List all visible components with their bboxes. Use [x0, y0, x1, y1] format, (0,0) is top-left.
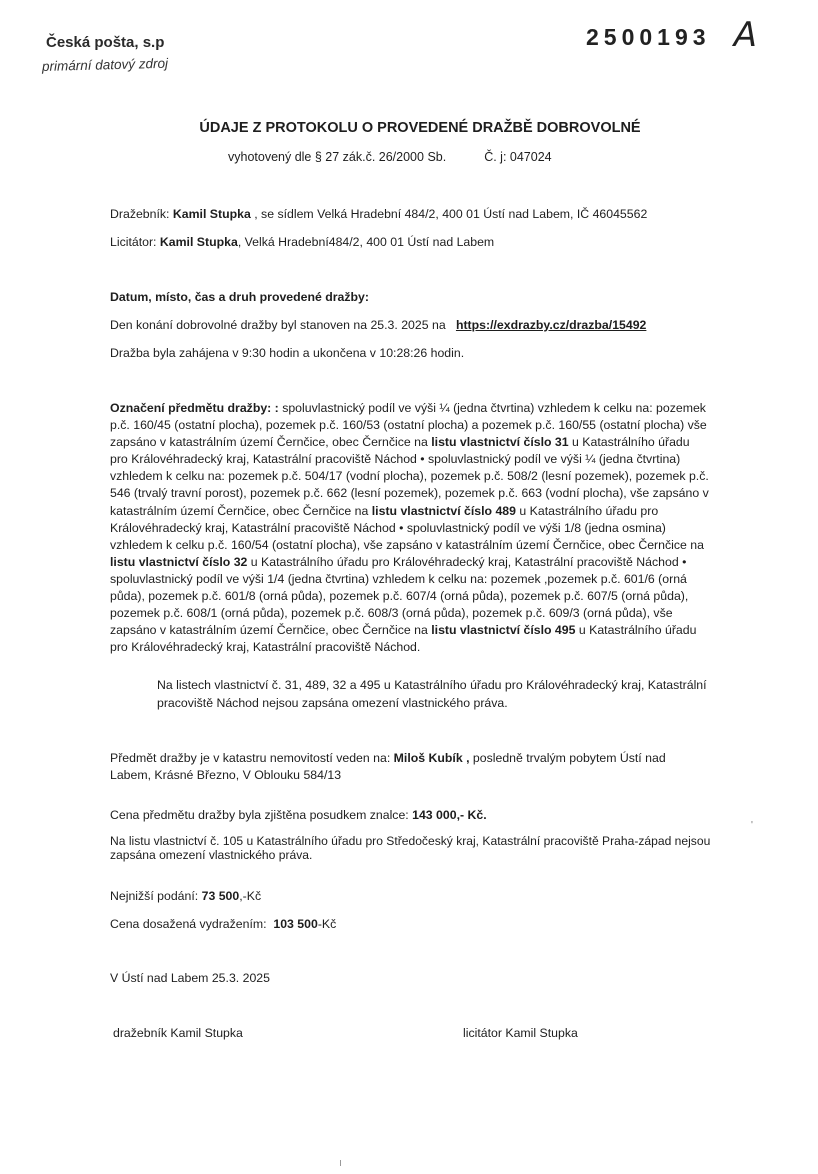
auction-info-heading: Datum, místo, čas a druh provedené dražb… — [110, 290, 369, 304]
valuation-label: Cena předmětu dražby byla zjištěna posud… — [110, 808, 412, 822]
auctioneer-line: Dražebník: Kamil Stupka , se sídlem Velk… — [110, 207, 647, 221]
margin-mark: ' — [751, 820, 753, 831]
lowest-bid-suffix: ,-Kč — [239, 889, 261, 903]
licitator-details: , Velká Hradební484/2, 400 01 Ústí nad L… — [238, 235, 494, 249]
ownership-sheet-reference: listu vlastnictví číslo 31 — [431, 435, 568, 449]
auction-date-line: Den konání dobrovolné dražby byl stanove… — [110, 318, 646, 332]
signature-licitator: licitátor Kamil Stupka — [463, 1026, 578, 1040]
owner-text-before: Předmět dražby je v katastru nemovitostí… — [110, 751, 394, 765]
lowest-bid-value: 73 500 — [202, 889, 240, 903]
licitator-label: Licitátor: — [110, 235, 156, 249]
auctioneer-details: , se sídlem Velká Hradební 484/2, 400 01… — [251, 207, 648, 221]
valuation-line: Cena předmětu dražby byla zjištěna posud… — [110, 808, 487, 822]
subject-label: Označení předmětu dražby: : — [110, 401, 279, 415]
place-date: V Ústí nad Labem 25.3. 2025 — [110, 971, 270, 985]
case-number: Č. j: 047024 — [484, 150, 551, 164]
legal-basis: vyhotovený dle § 27 zák.č. 26/2000 Sb. — [228, 150, 446, 164]
subject-text: spoluvlastnický podíl ve výši ¼ (jedna č… — [110, 401, 709, 654]
restrictions-105: Na listu vlastnictví č. 105 u Katastráln… — [110, 834, 730, 862]
final-price-value: 103 500 — [273, 917, 317, 931]
licitator-name: Kamil Stupka — [160, 235, 238, 249]
auction-info-heading-text: Datum, místo, čas a druh provedené dražb… — [110, 290, 369, 304]
subject-description: Označení předmětu dražby: : spoluvlastni… — [110, 400, 710, 656]
ownership-sheet-reference: listu vlastnictví číslo 489 — [372, 504, 516, 518]
licitator-line: Licitátor: Kamil Stupka, Velká Hradební4… — [110, 235, 494, 249]
ownership-sheet-reference: listu vlastnictví číslo 495 — [431, 623, 575, 637]
document-subtitle: vyhotovený dle § 27 zák.č. 26/2000 Sb.Č.… — [228, 150, 552, 164]
owner-name: Miloš Kubík , — [394, 751, 470, 765]
restrictions-note: Na listech vlastnictví č. 31, 489, 32 a … — [157, 677, 717, 712]
document-letter: A — [730, 15, 762, 55]
stamp-source: primární datový zdroj — [42, 56, 168, 74]
signature-auctioneer: dražebník Kamil Stupka — [113, 1026, 243, 1040]
lowest-bid-line: Nejnižší podání: 73 500,-Kč — [110, 889, 261, 903]
auction-url-link[interactable]: https://exdrazby.cz/drazba/15492 — [456, 318, 646, 332]
auction-date-text: Den konání dobrovolné dražby byl stanove… — [110, 318, 446, 332]
auctioneer-name: Kamil Stupka — [173, 207, 251, 221]
scan-artifact — [340, 1160, 341, 1166]
document-number: 2500193 — [586, 24, 711, 51]
lowest-bid-label: Nejnižší podání: — [110, 889, 202, 903]
final-price-suffix: -Kč — [318, 917, 336, 931]
final-price-label: Cena dosažená vydražením: — [110, 917, 273, 931]
owner-paragraph: Předmět dražby je v katastru nemovitostí… — [110, 750, 710, 784]
ownership-sheet-reference: listu vlastnictví číslo 32 — [110, 555, 247, 569]
auctioneer-label: Dražebník: — [110, 207, 169, 221]
stamp-organization: Česká pošta, s.p — [46, 34, 164, 51]
auction-time-line: Dražba byla zahájena v 9:30 hodin a ukon… — [110, 346, 464, 360]
final-price-line: Cena dosažená vydražením: 103 500-Kč — [110, 917, 336, 931]
valuation-value: 143 000,- Kč. — [412, 808, 487, 822]
document-title: ÚDAJE Z PROTOKOLU O PROVEDENÉ DRAŽBĚ DOB… — [0, 120, 818, 136]
